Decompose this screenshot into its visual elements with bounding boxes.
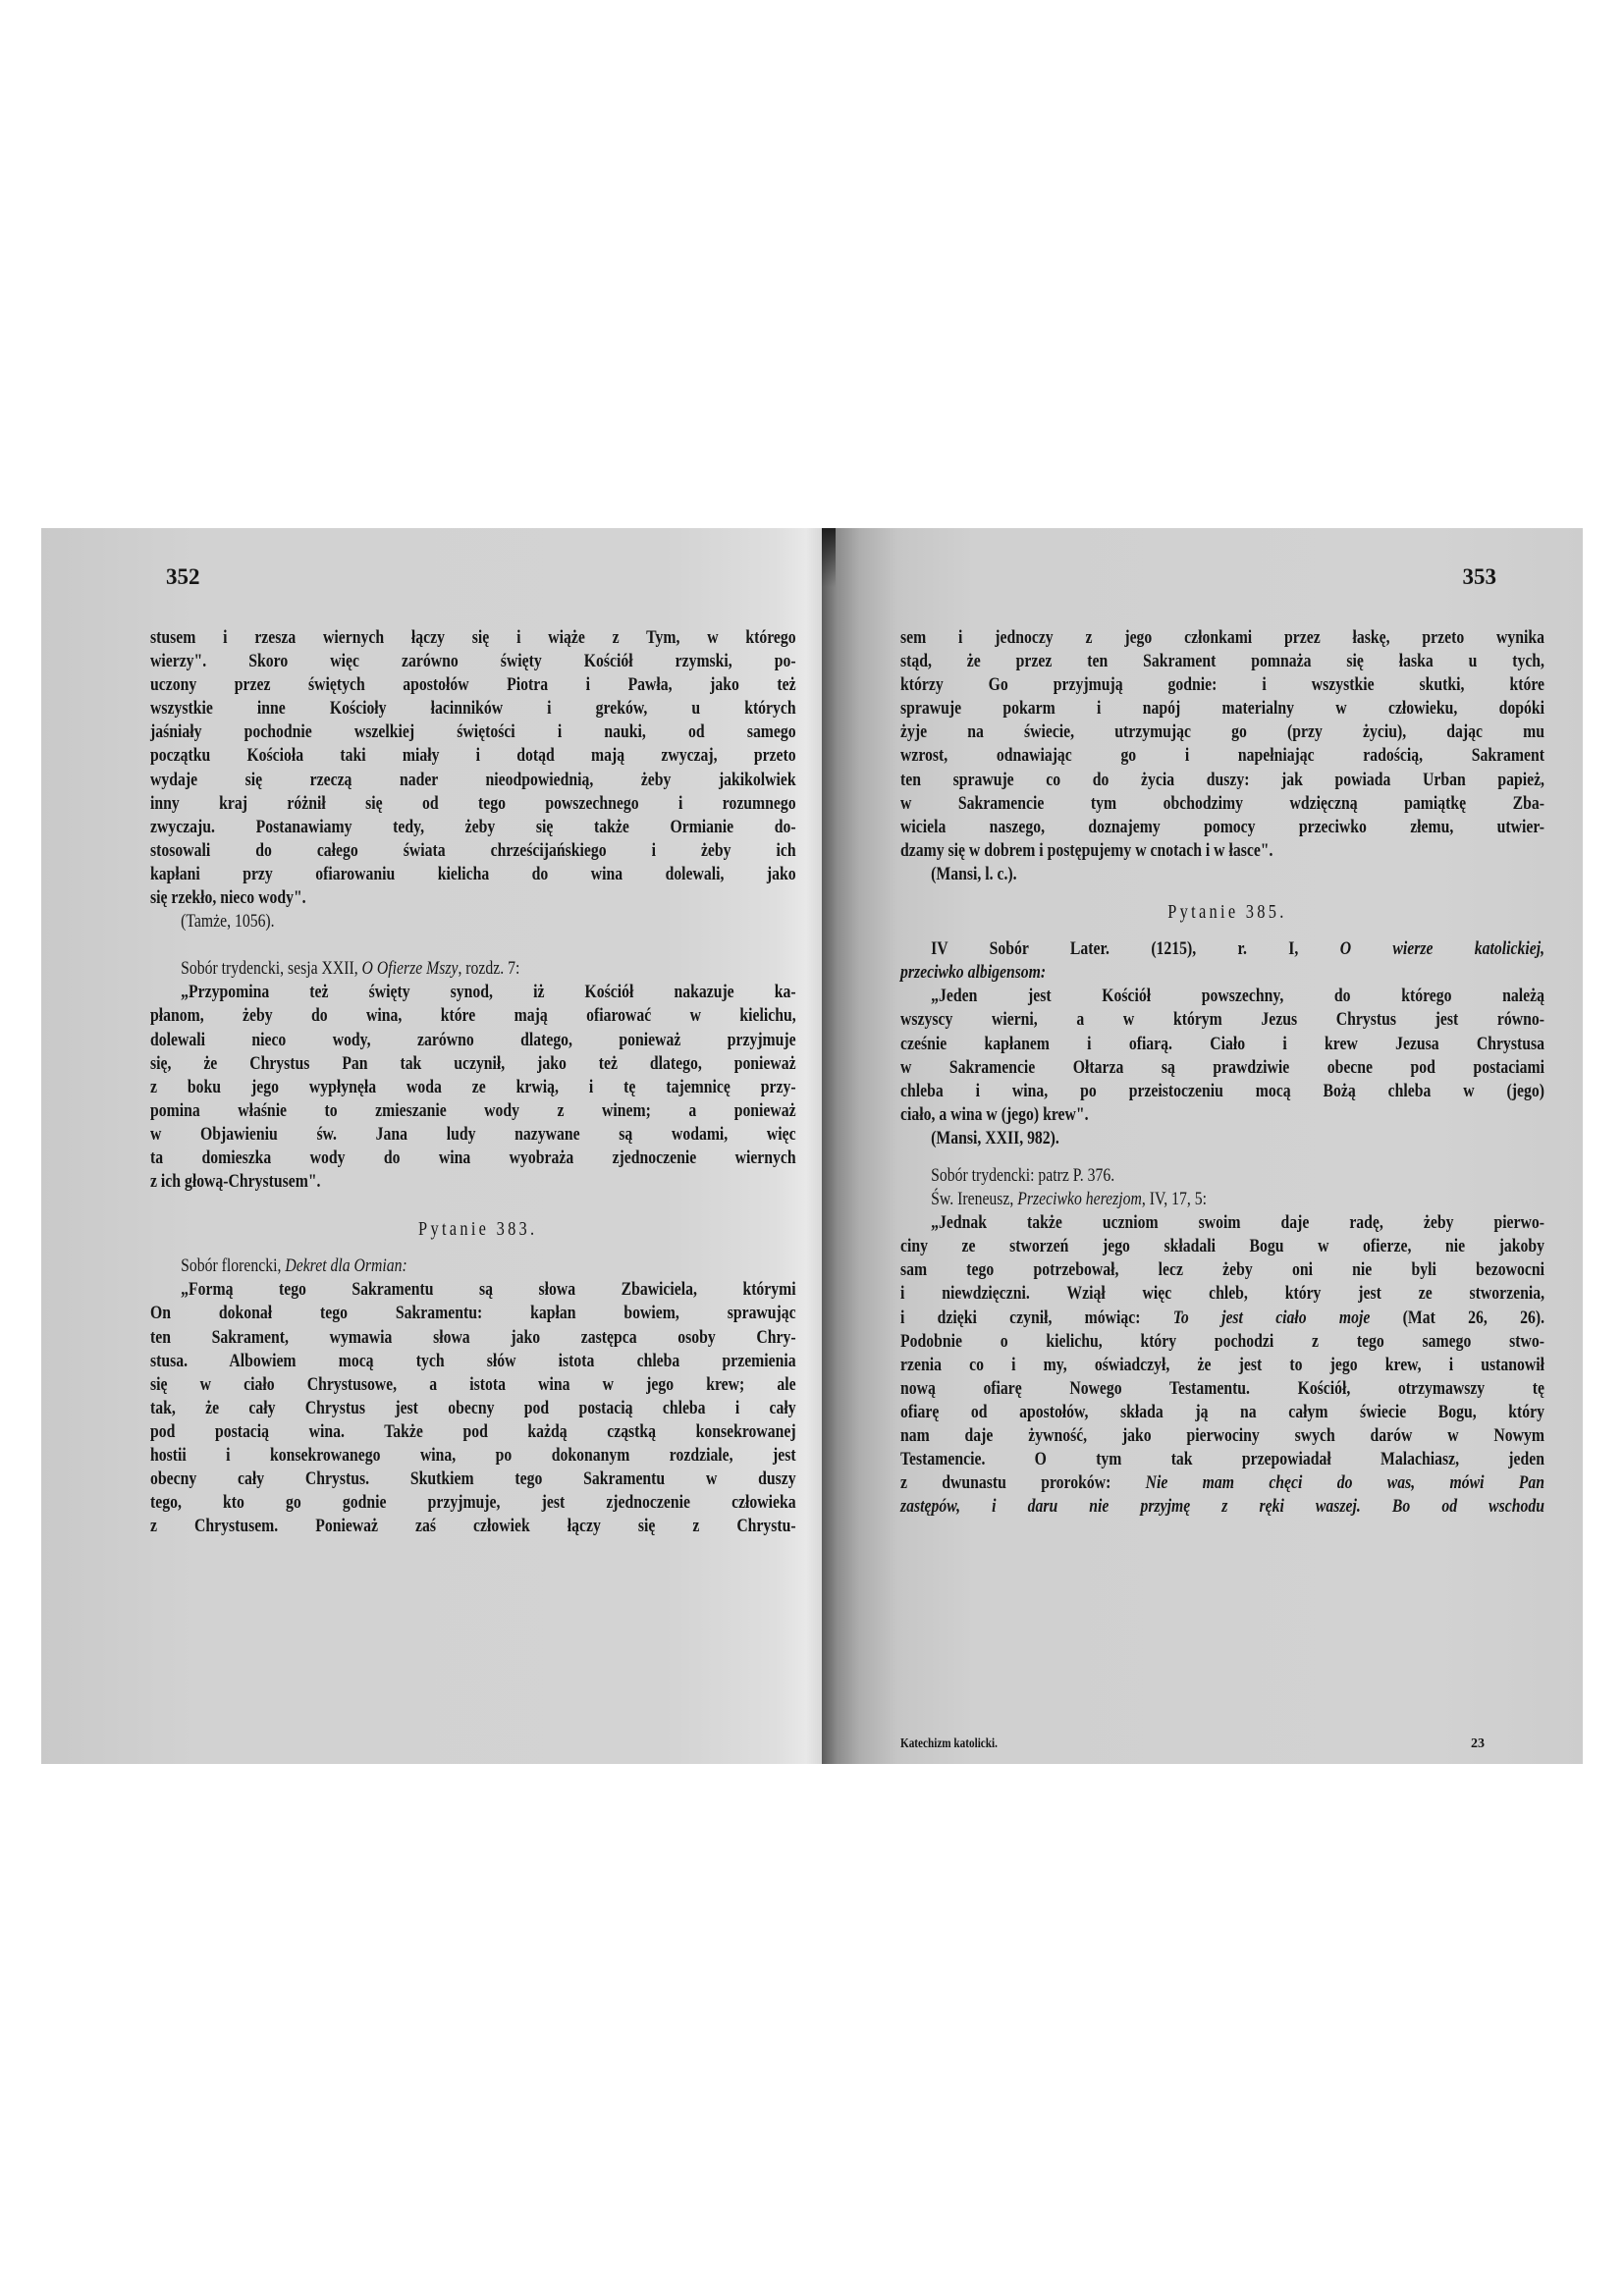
- left-paragraph-continuation: stusem i rzesza wiernych łączy się i wią…: [150, 626, 796, 910]
- citation: (Mansi, l. c.).: [900, 863, 1544, 886]
- left-page-body: stusem i rzesza wiernych łączy się i wią…: [150, 626, 796, 1538]
- text-line: cześnie kapłanem i ofiarą. Ciało i krew …: [900, 1033, 1544, 1056]
- text-line: się w ciało Chrystusowe, a istota wina w…: [150, 1373, 796, 1397]
- source-title: Przeciwko herezjom: [1017, 1189, 1142, 1209]
- right-page: 353 sem i jednoczy z jego członkami prze…: [822, 528, 1583, 1764]
- page-number-left: 352: [166, 564, 200, 590]
- text-line: zastępów, i daru nie przyjmę z ręki wasz…: [900, 1495, 1544, 1519]
- text-line: pod postacią wina. Także pod każdą cząst…: [150, 1420, 796, 1444]
- text-line: wszyscy wierni, a w którym Jezus Chrystu…: [900, 1008, 1544, 1032]
- text-line: pomina właśnie to zmieszanie wody z wine…: [150, 1099, 796, 1123]
- text-line: zwyczaju. Postanawiamy tedy, żeby się ta…: [150, 816, 796, 839]
- quote-irenaeus: „Jednak także uczniom swoim daje radę, ż…: [900, 1211, 1544, 1519]
- text-line: „Formą tego Sakramentu są słowa Zbawicie…: [150, 1278, 796, 1302]
- text-line: wszystkie inne Kościoły łacinników i gre…: [150, 697, 796, 721]
- source-reference-cont: przeciwko albigensom:: [900, 961, 1544, 985]
- text-line: którzy Go przyjmują godnie: i wszystkie …: [900, 673, 1544, 697]
- text-line: sam tego potrzebował, lecz żeby oni nie …: [900, 1258, 1544, 1282]
- text-line: się, że Chrystus Pan tak uczynił, jako t…: [150, 1052, 796, 1076]
- source-reference: Sobór florencki, Dekret dla Ormian:: [150, 1255, 796, 1278]
- text-line: i dzięki czynił, mówiąc: To jest ciało m…: [900, 1307, 1544, 1330]
- text-line: z dwunastu proroków: Nie mam chęci do wa…: [900, 1471, 1544, 1495]
- text-line: inny kraj różnił się od tego powszechneg…: [150, 792, 796, 816]
- text-line: „Jednak także uczniom swoim daje radę, ż…: [900, 1211, 1544, 1235]
- text-line: rzenia co i my, oświadczył, że jest to j…: [900, 1354, 1544, 1377]
- quote-florence: „Formą tego Sakramentu są słowa Zbawicie…: [150, 1278, 796, 1538]
- source-title: O Ofierze Mszy: [362, 958, 459, 979]
- text-line: nam daje żywność, jako pierwociny swych …: [900, 1424, 1544, 1448]
- text-line: ta domieszka wody do wina wyobraża zjedn…: [150, 1147, 796, 1170]
- book-spine-shadow: [822, 528, 836, 587]
- footer-signature-mark: 23: [1471, 1736, 1485, 1752]
- source-reference: Sobór trydencki, sesja XXII, O Ofierze M…: [150, 957, 796, 981]
- book-scan: 352 stusem i rzesza wiernych łączy się i…: [41, 528, 1583, 1764]
- text-line: z ich głową-Chrystusem".: [150, 1170, 796, 1194]
- text-line: stosowali do całego świata chrześcijańsk…: [150, 839, 796, 863]
- text-line: dolewali nieco wody, zarówno dlatego, po…: [150, 1029, 796, 1052]
- right-page-body: sem i jednoczy z jego członkami przez ła…: [900, 626, 1544, 1519]
- right-paragraph-continuation: sem i jednoczy z jego członkami przez ła…: [900, 626, 1544, 863]
- source-reference: IV Sobór Later. (1215), r. I, O wierze k…: [900, 937, 1544, 961]
- text-line: tak, że cały Chrystus jest obecny pod po…: [150, 1397, 796, 1420]
- text-line: kapłani przy ofiarowaniu kielicha do win…: [150, 863, 796, 886]
- quote-trent: „Przypomina też święty synod, iż Kościół…: [150, 981, 796, 1194]
- text-line: początku Kościoła taki miały i dotąd maj…: [150, 744, 796, 768]
- question-heading: Pytanie 383.: [150, 1217, 796, 1241]
- text-line: żyje na świecie, utrzymując go (przy życ…: [900, 721, 1544, 744]
- text-line: Podobnie o kielichu, który pochodzi z te…: [900, 1330, 1544, 1354]
- left-page: 352 stusem i rzesza wiernych łączy się i…: [41, 528, 822, 1764]
- text-line: Testamencie. O tym tak przepowiadał Mala…: [900, 1448, 1544, 1471]
- text-line: wydaje się rzeczą nader nieodpowiednią, …: [150, 769, 796, 792]
- source-title: O wierze katolickiej,: [1340, 938, 1544, 959]
- source-title: Dekret dla Ormian:: [285, 1255, 406, 1276]
- citation: (Tamże, 1056).: [150, 910, 796, 934]
- text-line: nową ofiarę Nowego Testamentu. Kościół, …: [900, 1377, 1544, 1401]
- text-line: i niewdzięczni. Wziął więc chleb, który …: [900, 1282, 1544, 1306]
- footer-book-title: Katechizm katolicki.: [900, 1736, 998, 1752]
- text-line: ciny ze stworzeń jego składali Bogu w of…: [900, 1235, 1544, 1258]
- citation: (Mansi, XXII, 982).: [900, 1127, 1544, 1150]
- source-reference: Sobór trydencki: patrz P. 376.: [900, 1164, 1544, 1188]
- question-heading: Pytanie 385.: [900, 900, 1544, 924]
- text-line: płanom, żeby do wina, które mają ofiarow…: [150, 1004, 796, 1028]
- text-line: sprawuje pokarm i napój materialny w czł…: [900, 697, 1544, 721]
- text-line: w Objawieniu św. Jana ludy nazywane są w…: [150, 1123, 796, 1147]
- text-line: „Przypomina też święty synod, iż Kościół…: [150, 981, 796, 1004]
- text-line: dzamy się w dobrem i postępujemy w cnota…: [900, 839, 1544, 863]
- text-line: On dokonał tego Sakramentu: kapłan bowie…: [150, 1302, 796, 1325]
- text-line: stusa. Albowiem mocą tych słów istota ch…: [150, 1350, 796, 1373]
- text-line: się rzekło, nieco wody".: [150, 886, 796, 910]
- page-number-right: 353: [1463, 564, 1497, 590]
- text-line: ten Sakrament, wymawia słowa jako zastęp…: [150, 1326, 796, 1350]
- text-line: stąd, że przez ten Sakrament pomnaża się…: [900, 650, 1544, 673]
- text-line: ofiarę od apostołów, składa ją na całym …: [900, 1401, 1544, 1424]
- text-line: tego, kto go godnie przyjmuje, jest zjed…: [150, 1491, 796, 1515]
- text-line: uczony przez świętych apostołów Piotra i…: [150, 673, 796, 697]
- text-line: wiciela naszego, doznajemy pomocy przeci…: [900, 816, 1544, 839]
- text-line: wzrost, odnawiając go i napełniając rado…: [900, 744, 1544, 768]
- text-line: ciało, a wina w (jego) krew".: [900, 1103, 1544, 1127]
- text-line: „Jeden jest Kościół powszechny, do które…: [900, 985, 1544, 1008]
- text-line: chleba i wina, po przeistoczeniu mocą Bo…: [900, 1080, 1544, 1103]
- text-line: stusem i rzesza wiernych łączy się i wią…: [150, 626, 796, 650]
- source-reference: Św. Ireneusz, Przeciwko herezjom, IV, 17…: [900, 1188, 1544, 1211]
- quote-lateran: „Jeden jest Kościół powszechny, do które…: [900, 985, 1544, 1127]
- text-line: sem i jednoczy z jego członkami przez ła…: [900, 626, 1544, 650]
- text-line: obecny cały Chrystus. Skutkiem tego Sakr…: [150, 1468, 796, 1491]
- text-line: wierzy". Skoro więc zarówno święty Kości…: [150, 650, 796, 673]
- text-line: jaśniały pochodnie wszelkiej świętości i…: [150, 721, 796, 744]
- text-line: z Chrystusem. Ponieważ zaś człowiek łącz…: [150, 1515, 796, 1538]
- text-line: hostii i konsekrowanego wina, po dokonan…: [150, 1444, 796, 1468]
- text-line: w Sakramencie tym obchodzimy wdzięczną p…: [900, 792, 1544, 816]
- text-line: ten sprawuje co do życia duszy: jak powi…: [900, 769, 1544, 792]
- text-line: w Sakramencie Ołtarza są prawdziwie obec…: [900, 1056, 1544, 1080]
- text-line: z boku jego wypłynęła woda ze krwią, i t…: [150, 1076, 796, 1099]
